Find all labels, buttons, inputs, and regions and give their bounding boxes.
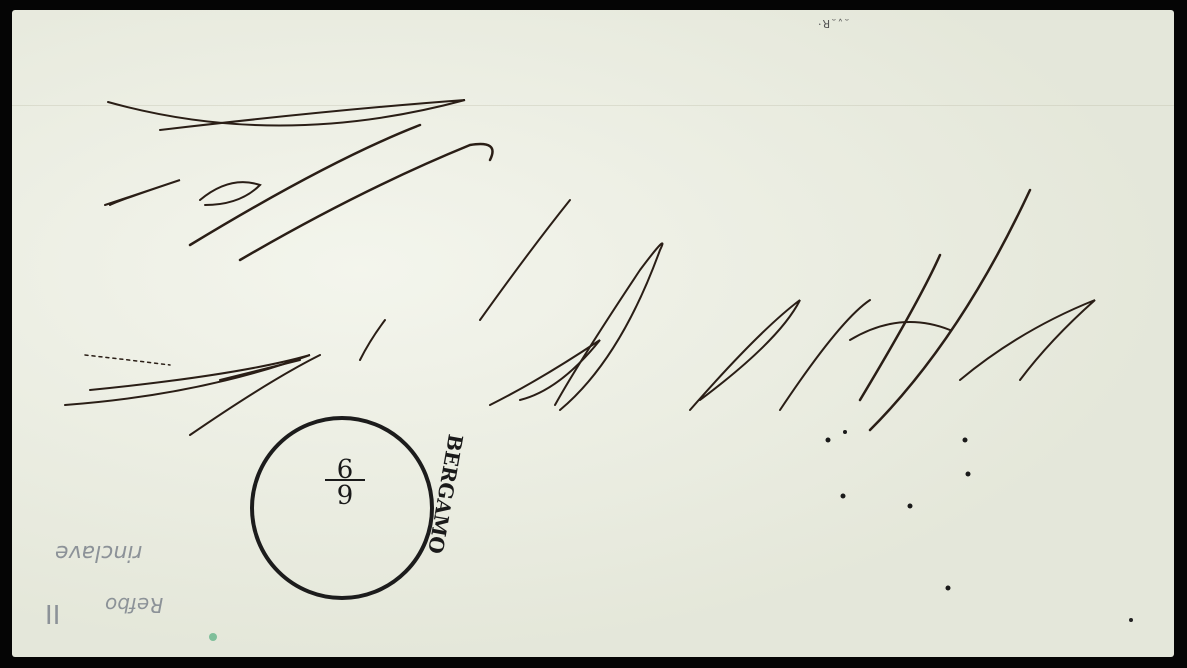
pencil-note-top: rinclave (55, 540, 142, 565)
postmark-ring (252, 418, 432, 598)
top-mark: ·ꓤ˘˄˘ (818, 18, 851, 31)
pencil-roman-numeral: II (45, 598, 60, 628)
postmark-date: 6 9 (315, 455, 375, 505)
pencil-note-bottom: Refbo (105, 593, 163, 617)
handwriting-layer (0, 0, 1187, 668)
